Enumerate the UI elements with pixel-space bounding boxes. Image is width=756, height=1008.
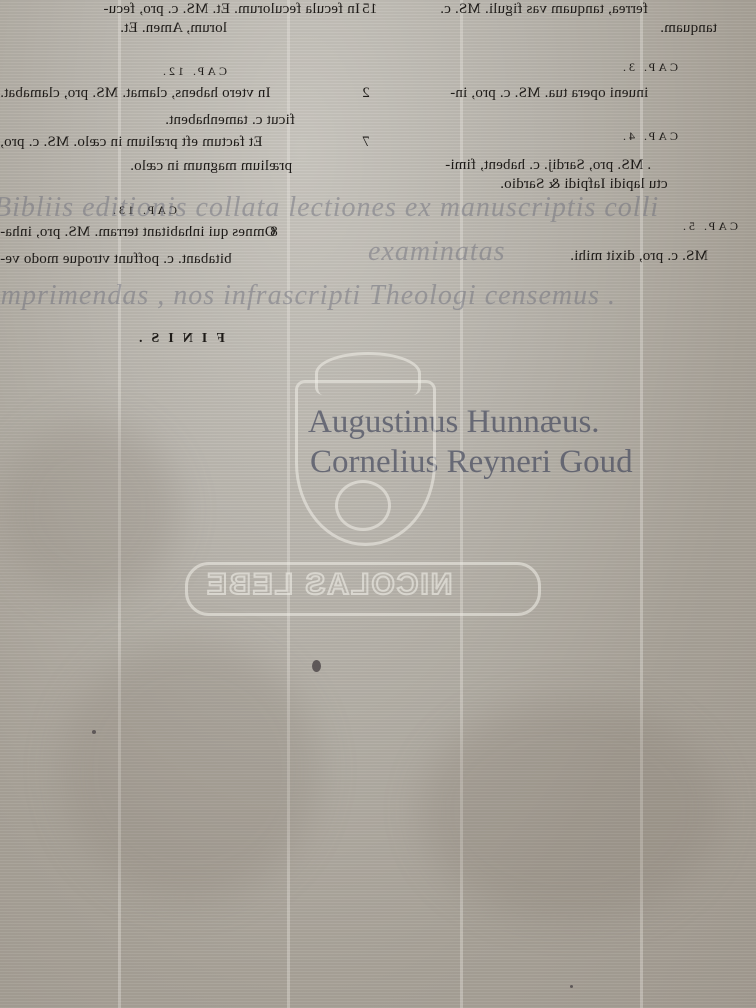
ink-spot <box>92 730 96 734</box>
text-line: In fecula feculorum. Et. MS. c. pro, fec… <box>0 0 360 19</box>
ink-spot <box>312 660 321 672</box>
chapter-heading: CAP. 3. <box>620 60 678 75</box>
text-line: ferrea, tanquam vas figuli. MS. c. <box>440 0 648 19</box>
chapter-heading: CAP. 12. <box>160 64 227 79</box>
ink-spot <box>570 985 573 988</box>
text-line: MS. c. pro, dixit mihi. <box>570 247 708 266</box>
finis-mark: FINIS. <box>130 331 225 347</box>
chain-line <box>287 0 290 1008</box>
text-line: lorum, Amen. Et. <box>120 19 227 38</box>
approbation-line: examinatas <box>368 236 506 268</box>
paper-stain <box>0 420 180 600</box>
approbation-line: Bibliis editionis collata lectiones ex m… <box>0 192 659 224</box>
text-line: prælium magnum in cælo. <box>130 157 292 176</box>
watermark-emblem-icon <box>335 480 391 531</box>
text-line: Omnes qui inhabitant terram. MS. pro, in… <box>0 223 276 242</box>
paper-stain <box>60 640 320 900</box>
text-line: . MS. pro, Sardij. c. habent, fimi- <box>445 156 651 175</box>
approbation-line: imprimendas , nos infrascripti Theologi … <box>0 280 616 312</box>
text-line: inueni opera tua. MS. c. pro, in- <box>450 84 648 103</box>
text-line: tanquam. <box>660 19 717 38</box>
verse-number: 7 <box>362 133 370 152</box>
text-line: ficut c. tamenhabent. <box>165 111 295 130</box>
chapter-heading: CAP. 4. <box>620 129 678 144</box>
paper-stain <box>420 700 720 920</box>
text-line: In vtero habens, clamat. MS. pro, clamab… <box>0 84 271 103</box>
watermark-crown-icon <box>315 352 421 395</box>
text-line: bitabant. c. poffunt vtroque modo ve- <box>0 250 232 269</box>
text-line: 15 <box>362 0 377 19</box>
watermark-banner-text: NICOLAS LEBE <box>205 568 452 602</box>
text-line: Et factum eft prælium in cælo. MS. c. pr… <box>0 133 263 152</box>
chapter-heading: CAP. 5. <box>680 219 738 234</box>
verse-number: 2 <box>362 84 370 103</box>
